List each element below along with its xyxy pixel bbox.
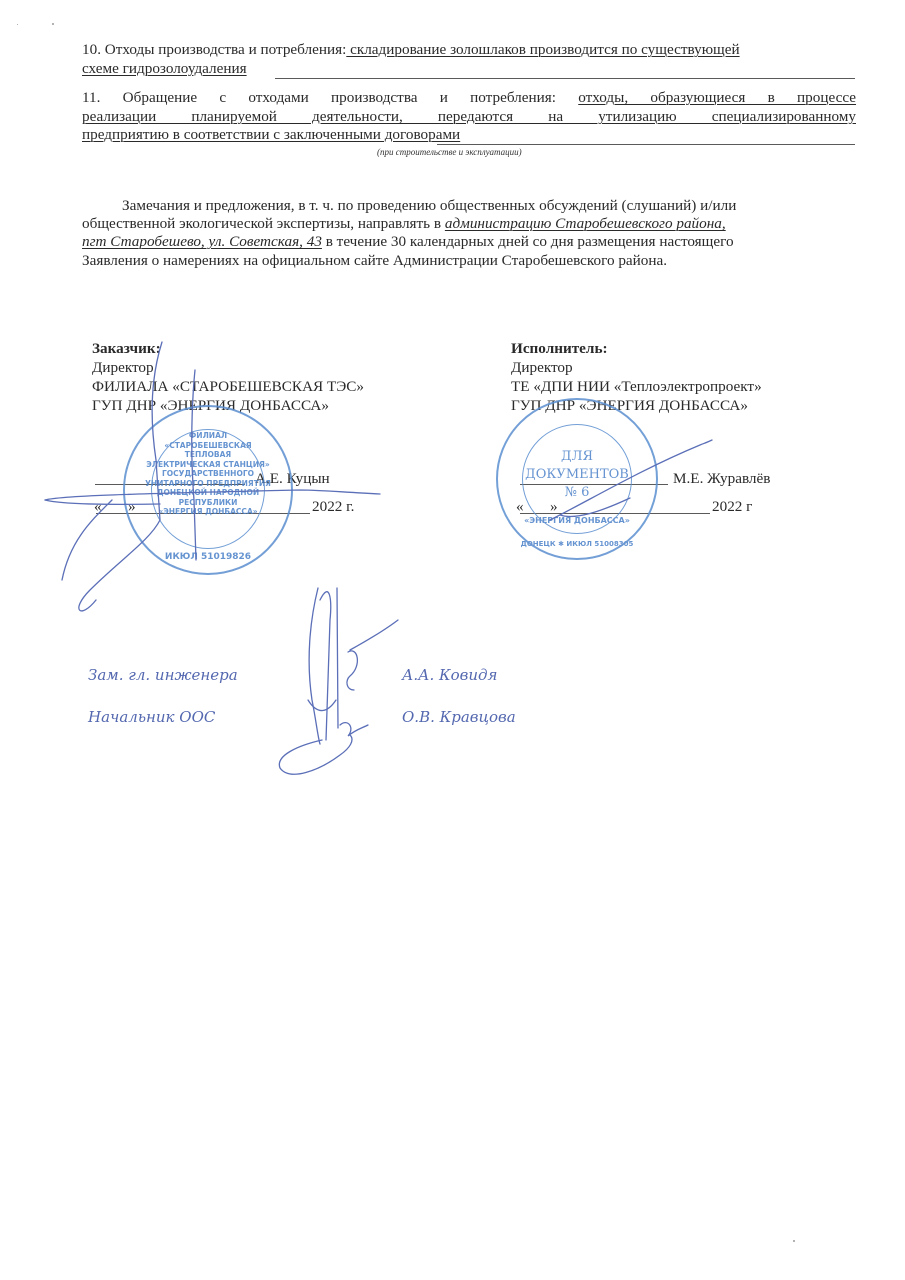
signature-scribbles <box>0 0 905 1280</box>
approval-row1-name: А.А. Ковидя <box>402 666 498 684</box>
approval-row1-title: Зам. гл. инженера <box>88 666 238 684</box>
approval-row2-title: Начальник ООС <box>88 708 215 726</box>
approval-row2-name: О.В. Кравцова <box>402 708 516 726</box>
